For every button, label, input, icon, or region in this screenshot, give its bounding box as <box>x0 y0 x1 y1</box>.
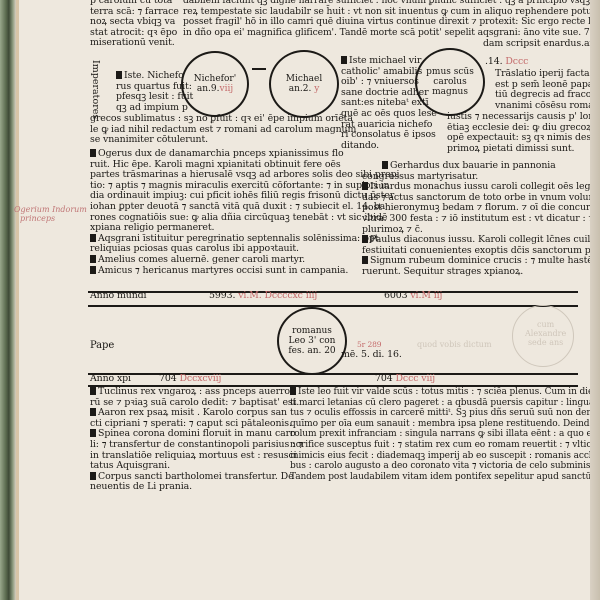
show-through-line: quod vobis dictum <box>417 340 492 349</box>
ghost-line: cum <box>525 320 566 329</box>
text-line: dam scripsit enardus.an <box>483 39 595 50</box>
text-line: Ogerus dux de danamarchia pnceps xpianis… <box>90 149 399 160</box>
entry-text: Ogerus dux de danamarchia pnceps xpianis… <box>98 148 344 159</box>
entry-text: Iste. Nichefo <box>124 70 184 81</box>
top-left-column: p carolum cū tota terra scā: ⁊ farrace n… <box>90 0 179 49</box>
michael-entry: Iste michael vir catholic' amabilis oib'… <box>341 56 437 151</box>
pilcrow-icon <box>290 387 296 395</box>
text-line: li: ⁊ transfertur de constantinopoli par… <box>90 440 303 451</box>
pilcrow-icon <box>362 182 368 190</box>
carolus-entry: Trāslatio iperij facta est p sem̄ leonē … <box>495 69 600 111</box>
text-line: se vnanimiter cōtulerunt. <box>90 135 356 146</box>
right-entries: Gerhardus dux bauarie in pannonia congre… <box>362 161 600 278</box>
book-binding-edge <box>0 0 16 600</box>
rubric-numeral: vi.M. Dccccxc iiij <box>238 290 317 301</box>
ogerus-entry: Ogerus dux de danamarchia pnceps xpianis… <box>90 149 399 276</box>
circle-text: carolus <box>433 77 466 87</box>
text-line: neuentis de Li prania. <box>90 482 303 493</box>
pilcrow-icon <box>362 256 368 264</box>
pilcrow-icon <box>90 429 96 437</box>
year-value: 5993. <box>209 290 235 301</box>
ghost-line: sede ans <box>525 338 566 347</box>
circle-text: an.2. y <box>289 84 320 94</box>
text-line: Tandem post laudabilem vitam idem pontif… <box>290 472 600 483</box>
entry-text: Spinea corona domini floruit in manu car… <box>98 428 296 439</box>
show-through-text: cum Alexandre sede ans <box>525 320 566 347</box>
entry-text: Aqsgrani īstituitur peregrinatio septenn… <box>98 233 378 244</box>
text-line: Iste. Nichefo <box>116 71 193 82</box>
divider-rule <box>88 291 578 293</box>
year-value: 6003 <box>384 290 407 301</box>
rubric-numeral: y <box>314 84 319 94</box>
manuscript-margin-note: Ogerium Indorum princeps <box>14 205 87 223</box>
text-line: miserationū venit. <box>90 38 179 49</box>
anno-mundi-value: 5993. vi.M. Dccccxc iiij <box>209 291 317 302</box>
text-line: iustis ⁊ necessarijs causis p' longā par… <box>447 112 600 123</box>
text-line: guē ac oēs quos lese <box>341 109 437 120</box>
text-line: norifice susceptus fuit : ⁊ statim rex c… <box>290 440 600 451</box>
circle-years: an.9. <box>197 84 220 94</box>
text-line: inimicis eius fecit : diademaqꝫ imperij … <box>290 451 600 462</box>
margin-note-line: princeps <box>14 214 87 223</box>
year-value: 704 <box>375 373 393 384</box>
circle-years: an.2. <box>289 84 312 94</box>
carolus-year: .14. Dccc <box>485 57 528 68</box>
pilcrow-icon <box>90 266 96 274</box>
circle-text: Leo 3' con <box>289 336 336 346</box>
pilcrow-icon <box>362 235 368 243</box>
imperatores-label: Imperatores <box>90 60 101 119</box>
entry-text: Aaron rex psaꝝ misit . Karolo corpus san <box>98 407 287 418</box>
pilcrow-icon <box>90 387 96 395</box>
entry-text: Signum rubeum dominice crucis : ⁊ multe … <box>370 255 600 266</box>
circle-text: Michael <box>286 74 323 84</box>
rubric-numeral: Dccc viij <box>396 373 436 384</box>
michael-circle: Michael an.2. y <box>269 50 339 118</box>
circle-text: fes. an. 20 <box>288 346 335 356</box>
lower-left-entries: Tuclinus rex vngaroꝝ : ass pnceps auerro… <box>90 387 303 493</box>
pilcrow-icon <box>90 234 96 242</box>
text-line: vnanimi cōsēsu romanoꝝ <box>495 101 600 112</box>
circle-text: magnus <box>432 87 468 97</box>
entry-text: Amicus ⁊ hericanus martyres occisi sunt … <box>98 265 348 276</box>
anno-xpi-value-2: 704 Dccc viij <box>375 374 435 385</box>
book-page: p carolum cū tota terra scā: ⁊ farrace n… <box>19 0 590 600</box>
entry-text: Iste michael vir <box>349 55 421 66</box>
margin-note-line: Ogerium Indorum <box>14 205 87 214</box>
circle-text: an.9.viij <box>197 84 233 94</box>
text-line: tus ⁊ oculis effossis in carcerē mittiᵗ.… <box>290 408 600 419</box>
pilcrow-icon <box>90 255 96 263</box>
pilcrow-icon <box>382 161 388 169</box>
divider-rule <box>88 305 578 307</box>
text-line: Iste leo fuit vir valde scūs : totus mit… <box>290 387 600 398</box>
top-right-block: dabilem faciunt qꝫ digne narrare suffici… <box>183 0 600 38</box>
lower-right-entry: Iste leo fuit vir valde scūs : totus mit… <box>290 387 600 482</box>
text-line: Trāslatio iperij facta <box>495 69 600 80</box>
text-line: ti marci letanias cū clero pageret : a q… <box>290 398 600 409</box>
lineage-connector <box>252 68 266 70</box>
anno-mundi-label: Anno mundi <box>90 291 146 302</box>
text-line: iohan ꝑpter deuotā ⁊ sanctā vitā quā dux… <box>90 202 399 213</box>
anno-mundi-value-2: 6003 vi.M iij <box>384 291 442 302</box>
rubric-numeral: vi.M iij <box>410 290 442 301</box>
text-line: rolum prexit infranciam : singula narran… <box>290 429 600 440</box>
pilcrow-icon <box>116 71 122 79</box>
nichefor-entry-cont: grecos sublimatus : sꝫ nō ꝑfuit : qꝛ ei'… <box>90 114 356 146</box>
rubric-numeral: Dccxcviij <box>180 373 222 384</box>
text-line: Amicus ⁊ hericanus martyres occisi sunt … <box>90 266 399 277</box>
text-line: quīmo per oīa eum sanauit : membra ipsa … <box>290 419 600 430</box>
pilcrow-icon <box>341 56 347 64</box>
text-line: qꝫ ad impium p <box>116 103 193 114</box>
text-line: bus : carolo augusto a deo coronato vita… <box>290 461 600 472</box>
entry-text: Iste leo fuit vir valde scūs : totus mit… <box>298 387 600 397</box>
carolus-entry-cont: iustis ⁊ necessarijs causis p' longā par… <box>447 112 600 154</box>
entry-text: Corpus sancti bartholomei transfertur. D… <box>98 471 294 482</box>
rubric-numeral: viij <box>219 84 233 94</box>
anno-xpi-label: Anno xpi <box>90 374 131 385</box>
pape-duration: mē. 5. di. 16. <box>341 350 402 361</box>
text-line: Tuclinus rex vngaroꝝ : ass pnceps auerro <box>90 387 303 398</box>
ghost-line: Alexandre <box>525 329 566 338</box>
entry-text: Amelius comes aluernē. gener caroli mart… <box>98 254 305 265</box>
text-line: ruerunt. Sequitur strages xpianoꝝ. <box>362 267 600 278</box>
text-line: grecos sublimatus : sꝫ nō ꝑfuit : qꝛ ei'… <box>90 114 356 125</box>
text-line: vltra. 300 festa : ⁊ iō institutum est :… <box>362 214 600 225</box>
pilcrow-icon <box>90 408 96 416</box>
text-line: Gerhardus dux bauarie in pannonia <box>362 161 600 172</box>
year-value: 704 <box>159 373 177 384</box>
circle-text: Nichefor' <box>194 74 236 84</box>
text-line: primoꝝ pietati dimissi sunt. <box>447 144 600 155</box>
anno-xpi-value: 704 Dccxcviij <box>159 374 221 385</box>
text-line: in dño opa ei' magnifica glificem'. Tand… <box>183 28 600 39</box>
entry-text: Tuclinus rex vngaroꝝ : ass pnceps auerro <box>98 386 290 397</box>
pilcrow-icon <box>90 472 96 480</box>
nichefor-entry: Iste. Nichefo rus quartus fuit: pfesqꝫ l… <box>116 71 193 113</box>
page-right-edge <box>590 0 600 600</box>
entry-text: Paulus diaconus iussu. Karoli collegit l… <box>370 234 600 245</box>
leo-circle: romanus Leo 3' con fes. an. 20 <box>277 307 347 375</box>
text-line: Iste michael vir <box>341 56 437 67</box>
entry-text: Isuardus monachus iussu caroli collegit … <box>370 181 600 192</box>
pilcrow-icon <box>90 149 96 157</box>
entry-text: Gerhardus dux bauarie in pannonia <box>390 160 556 171</box>
pape-label: Pape <box>90 341 114 352</box>
circle-text: romanus <box>292 326 332 336</box>
